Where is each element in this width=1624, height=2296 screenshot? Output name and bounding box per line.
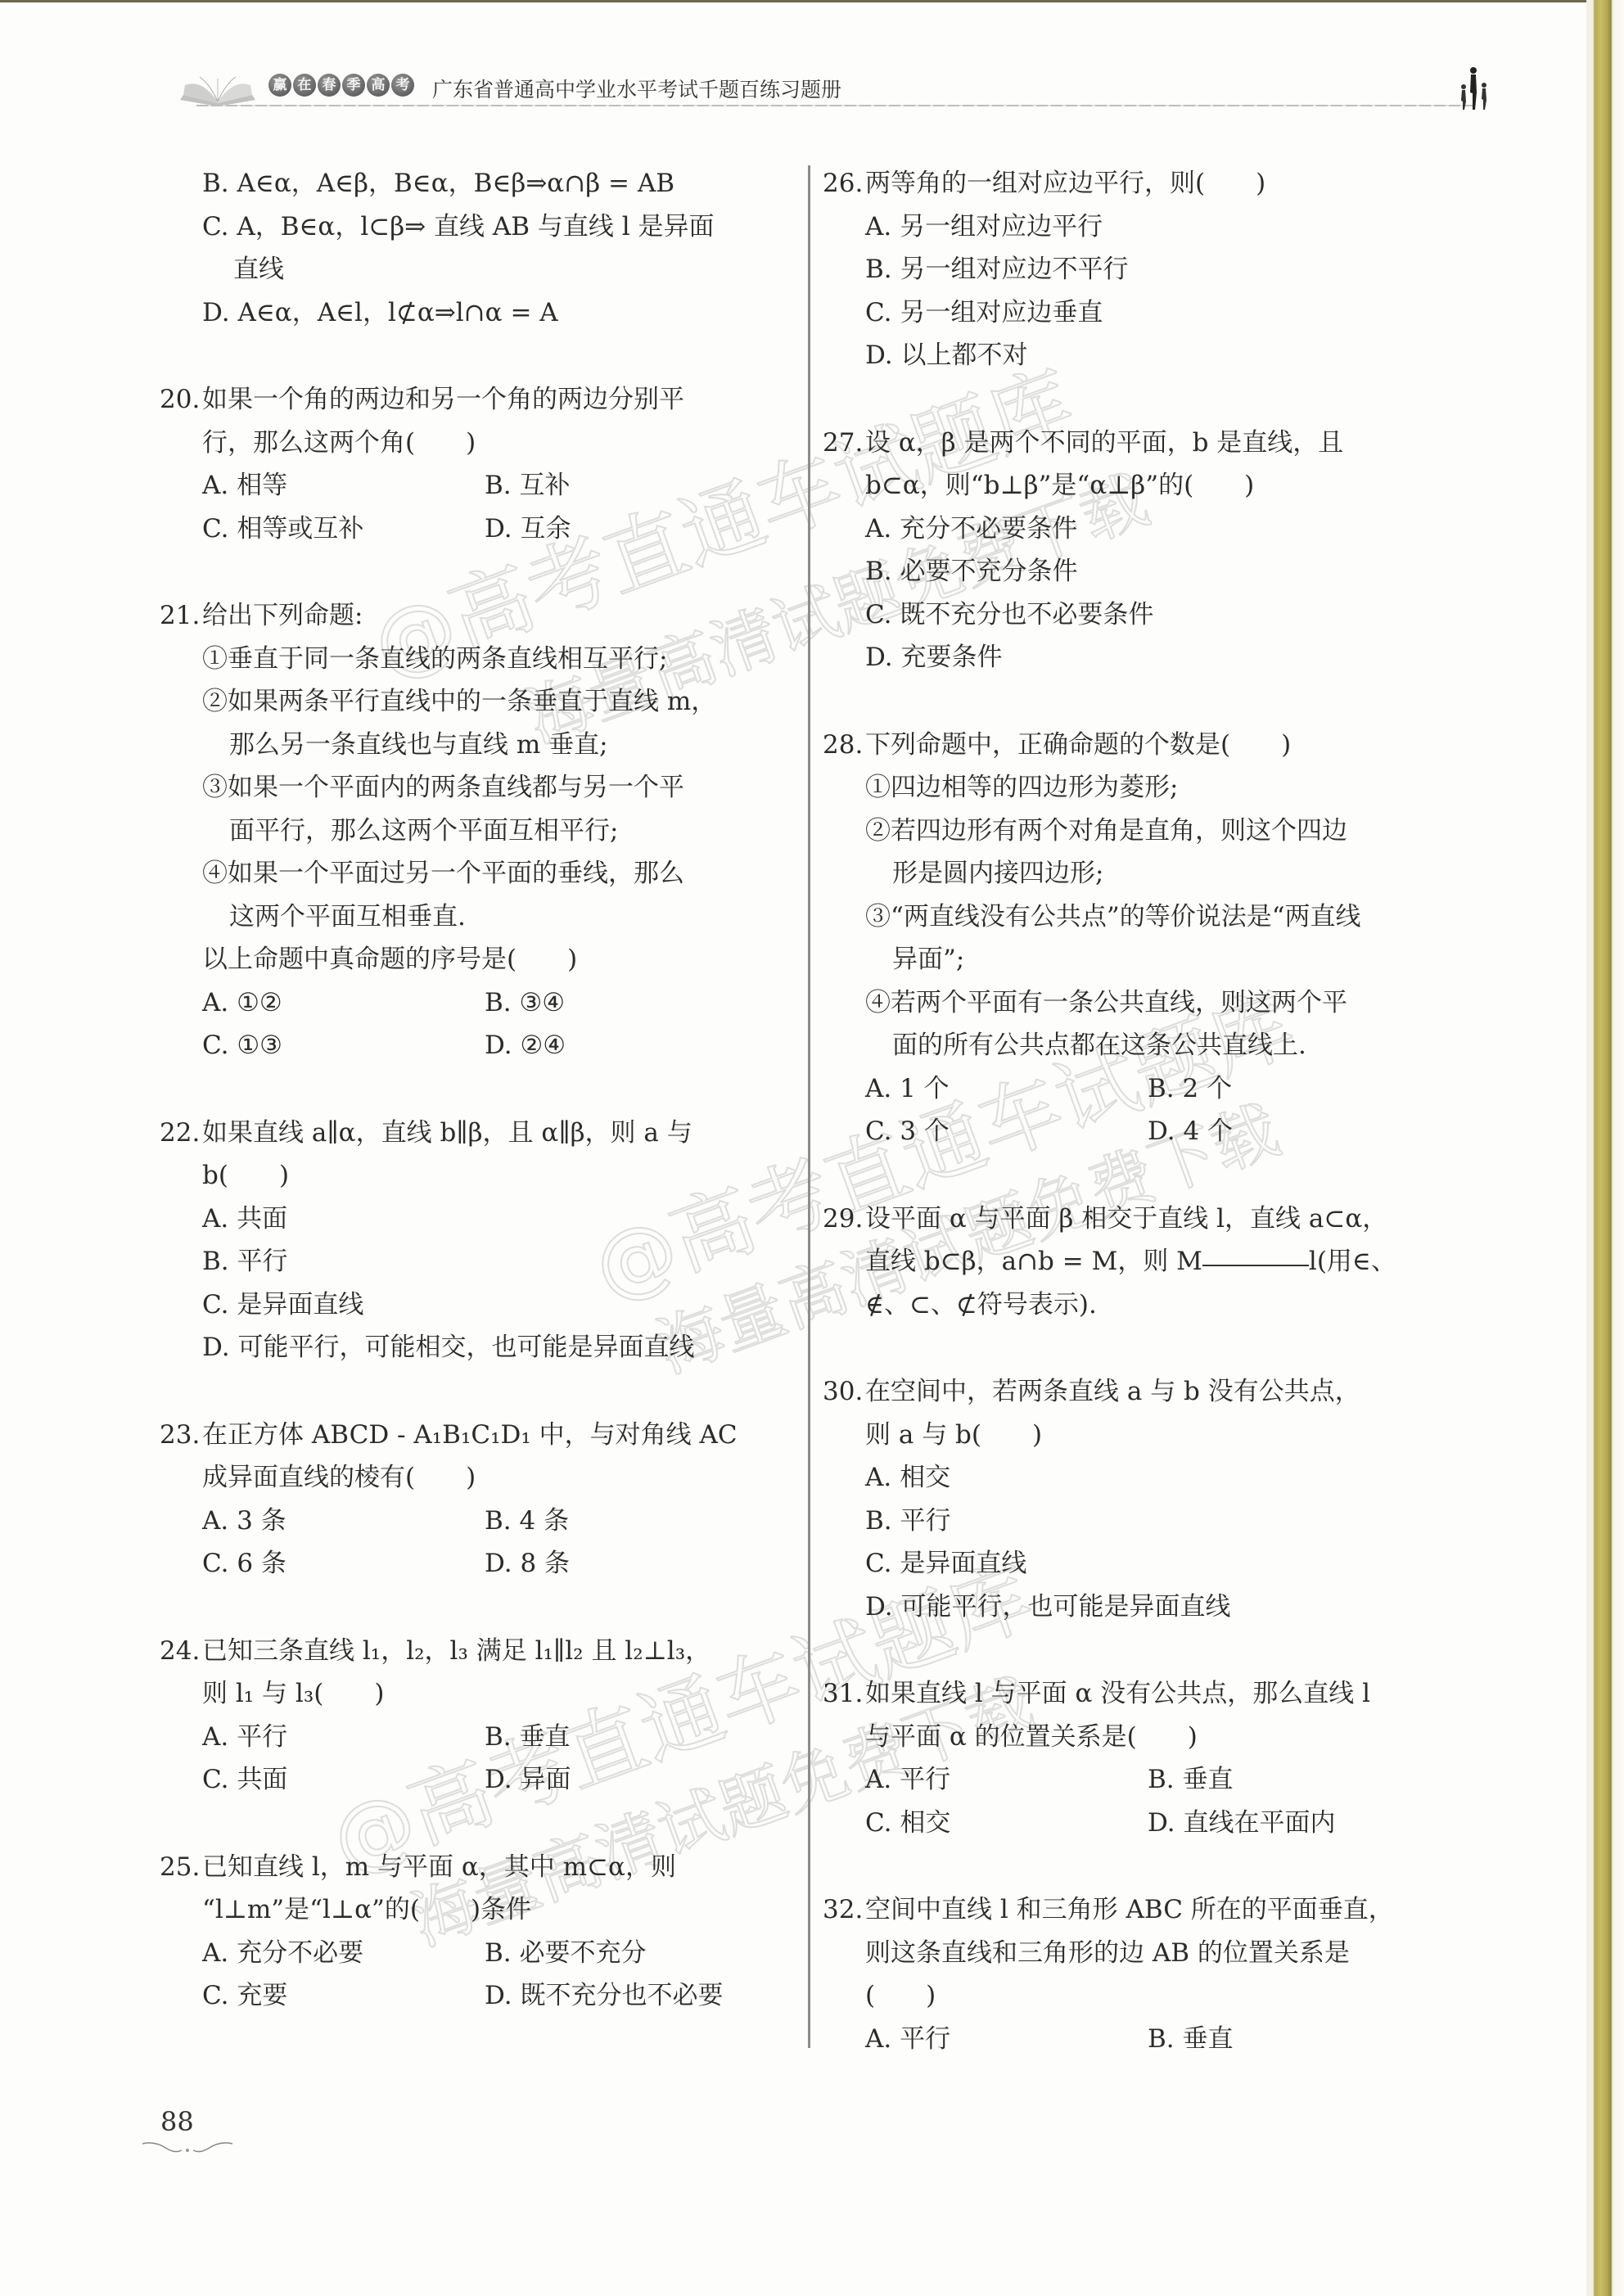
question-stem: 设 α，β 是两个不同的平面，b 是直线，且	[865, 422, 1343, 465]
question-stem: 则 a 与 b( )	[823, 1414, 1445, 1457]
question-25: 25.已知直线 l，m 与平面 α，其中 m⊂α，则 “l⊥m”是“l⊥α”的(…	[160, 1846, 782, 2018]
question-stem: ( )	[823, 1974, 1445, 2018]
column-divider	[808, 165, 810, 2048]
option-a: A. 1 个	[865, 1067, 1148, 1111]
logo-badge: 考	[391, 74, 414, 97]
option-b: B. 必要不充分条件	[823, 550, 1445, 593]
question-number: 28.	[823, 724, 865, 767]
left-column: B. A∈α，A∈β，B∈α，B∈β⇒α∩β = AB C. A，B∈α，l⊂β…	[160, 162, 782, 2018]
option-a: A. 充分不必要	[202, 1932, 485, 1975]
proposition: ②如果两条平行直线中的一条垂直于直线 m，	[160, 680, 782, 724]
proposition-continued: 那么另一条直线也与直线 m 垂直;	[160, 724, 782, 767]
option-d: D. 以上都不对	[823, 334, 1445, 377]
question-number: 21.	[160, 594, 202, 638]
question-number: 29.	[823, 1198, 865, 1241]
proposition: ③“两直线没有公共点”的等价说法是“两直线	[823, 895, 1445, 939]
question-stem: 则这条直线和三角形的边 AB 的位置关系是	[823, 1932, 1445, 1975]
question-stem-part: 直线 b⊂β，a∩b = M，则 M	[865, 1240, 1202, 1283]
logo-badge: 赢	[268, 74, 291, 97]
question-stem: 如果直线 a∥α，直线 b∥β，且 α∥β，则 a 与	[202, 1112, 692, 1155]
option-d: D. 可能平行，可能相交，也可能是异面直线	[160, 1326, 782, 1369]
option-c: C. 另一组对应边垂直	[823, 291, 1445, 335]
question-stem: 给出下列命题:	[202, 594, 363, 638]
question-stem: “l⊥m”是“l⊥α”的( )条件	[160, 1888, 782, 1932]
option-c: C. 共面	[202, 1758, 485, 1802]
page-header: 赢 在 春 季 高 考 广东省普通高中学业水平考试千题百练习题册	[172, 64, 1490, 121]
question-number: 27.	[823, 422, 865, 465]
option-a: A. 另一组对应边平行	[823, 205, 1445, 249]
question-28: 28.下列命题中，正确命题的个数是( ) ①四边相等的四边形为菱形; ②若四边形…	[823, 724, 1445, 1153]
proposition-continued: 这两个平面互相垂直.	[160, 895, 782, 939]
question-23: 23.在正方体 ABCD - A₁B₁C₁D₁ 中，与对角线 AC 成异面直线的…	[160, 1414, 782, 1586]
runners-icon	[1457, 64, 1490, 121]
right-column: 26.两等角的一组对应边平行，则( ) A. 另一组对应边平行 B. 另一组对应…	[823, 162, 1445, 2060]
proposition: ④若两个平面有一条公共直线，则这两个平	[823, 981, 1445, 1025]
option-c: C. 充要	[202, 1974, 485, 2018]
option: C. A，B∈α，l⊂β⇒ 直线 AB 与直线 l 是异面	[160, 205, 782, 249]
question-stem-part: l(用∈、	[1309, 1240, 1396, 1283]
book-title: 广东省普通高中学业水平考试千题百练习题册	[432, 74, 841, 103]
question-stem: 在正方体 ABCD - A₁B₁C₁D₁ 中，与对角线 AC	[202, 1414, 738, 1457]
question-32: 32.空间中直线 l 和三角形 ABC 所在的平面垂直， 则这条直线和三角形的边…	[823, 1888, 1445, 2060]
option-b: B. 2 个	[1148, 1067, 1430, 1111]
question-stem: ∉、⊂、⊄符号表示).	[823, 1283, 1445, 1327]
flourish-ornament-icon	[134, 2139, 241, 2157]
question-stem: b( )	[160, 1154, 782, 1198]
option-c: C. 是异面直线	[823, 1542, 1445, 1586]
option-d: D. 8 条	[485, 1542, 767, 1586]
question-26: 26.两等角的一组对应边平行，则( ) A. 另一组对应边平行 B. 另一组对应…	[823, 162, 1445, 377]
question-stem: 下列命题中，正确命题的个数是( )	[865, 724, 1291, 767]
option-b: B. 垂直	[1148, 1758, 1430, 1802]
proposition-continued: 面的所有公共点都在这条公共直线上.	[823, 1024, 1445, 1067]
question-number: 32.	[823, 1888, 865, 1932]
logo-badge: 春	[318, 74, 341, 97]
logo-badge: 在	[293, 74, 316, 97]
option-continued: 直线	[160, 248, 782, 291]
option: B. A∈α，A∈β，B∈α，B∈β⇒α∩β = AB	[160, 162, 782, 205]
book-spine-edge	[1586, 0, 1624, 2296]
question-29: 29.设平面 α 与平面 β 相交于直线 l，直线 a⊂α， 直线 b⊂β，a∩…	[823, 1198, 1445, 1327]
question-stem: 如果一个角的两边和另一个角的两边分别平	[202, 378, 684, 422]
question-stem: 两等角的一组对应边平行，则( )	[865, 162, 1265, 205]
proposition: ①垂直于同一条直线的两条直线相互平行;	[160, 638, 782, 681]
option-c: C. 相交	[865, 1802, 1148, 1845]
option-b: B. 垂直	[1148, 2018, 1430, 2061]
option-a: A. 相交	[823, 1456, 1445, 1500]
question-stem: 已知直线 l，m 与平面 α，其中 m⊂α，则	[202, 1846, 676, 1889]
question-stem: 与平面 α 的位置关系是( )	[823, 1716, 1445, 1759]
question-22: 22.如果直线 a∥α，直线 b∥β，且 α∥β，则 a 与 b( ) A. 共…	[160, 1112, 782, 1369]
option-d: D. 4 个	[1148, 1110, 1430, 1153]
question-stem: 行，那么这两个角( )	[160, 422, 782, 465]
option-c: C. ①③	[202, 1024, 485, 1067]
option-a: A. 平行	[865, 1758, 1148, 1802]
question-27: 27.设 α，β 是两个不同的平面，b 是直线，且 b⊂α，则“b⊥β”是“α⊥…	[823, 422, 1445, 679]
question-number: 20.	[160, 378, 202, 422]
question-19-tail: B. A∈α，A∈β，B∈α，B∈β⇒α∩β = AB C. A，B∈α，l⊂β…	[160, 162, 782, 334]
option-b: B. ③④	[485, 981, 767, 1025]
option-b: B. 4 条	[485, 1500, 767, 1543]
option-a: A. ①②	[202, 981, 485, 1025]
question-stem: 则 l₁ 与 l₃( )	[160, 1672, 782, 1716]
option: D. A∈α，A∈l，l⊄α⇒l∩α = A	[160, 291, 782, 335]
option-a: A. 3 条	[202, 1500, 485, 1543]
option-a: A. 平行	[865, 2018, 1148, 2061]
question-number: 26.	[823, 162, 865, 205]
proposition: ②若四边形有两个对角是直角，则这个四边	[823, 810, 1445, 853]
option-b: B. 互补	[485, 464, 767, 507]
question-stem: 空间中直线 l 和三角形 ABC 所在的平面垂直，	[865, 1888, 1394, 1932]
option-b: B. 平行	[823, 1500, 1445, 1543]
question-number: 30.	[823, 1370, 865, 1414]
page-footer: 88	[160, 2106, 194, 2137]
question-31: 31.如果直线 l 与平面 α 没有公共点，那么直线 l 与平面 α 的位置关系…	[823, 1672, 1445, 1844]
question-number: 25.	[160, 1846, 202, 1889]
option-c: C. 既不充分也不必要条件	[823, 593, 1445, 637]
option-a: A. 共面	[160, 1198, 782, 1241]
header-rule	[196, 105, 1473, 106]
option-c: C. 相等或互补	[202, 507, 485, 551]
open-book-icon	[177, 70, 259, 108]
question-stem: 直线 b⊂β，a∩b = M，则 M l(用∈、	[823, 1240, 1445, 1283]
option-a: A. 充分不必要条件	[823, 507, 1445, 551]
question-number: 31.	[823, 1672, 865, 1716]
proposition-continued: 形是圆内接四边形;	[823, 852, 1445, 895]
option-c: C. 是异面直线	[160, 1283, 782, 1327]
proposition-continued: 异面”;	[823, 938, 1445, 981]
option-d: D. 互余	[485, 507, 767, 551]
page-top-edge	[0, 0, 1596, 2]
option-d: D. 既不充分也不必要	[485, 1974, 767, 2018]
question-stem: 已知三条直线 l₁，l₂，l₃ 满足 l₁∥l₂ 且 l₂⊥l₃，	[202, 1630, 710, 1673]
question-stem: 设平面 α 与平面 β 相交于直线 l，直线 a⊂α，	[865, 1198, 1387, 1241]
option-d: D. ②④	[485, 1024, 767, 1067]
option-b: B. 必要不充分	[485, 1932, 767, 1975]
option-d: D. 充要条件	[823, 636, 1445, 679]
option-b: B. 另一组对应边不平行	[823, 248, 1445, 291]
option-a: A. 相等	[202, 464, 485, 507]
question-number: 24.	[160, 1630, 202, 1673]
question-30: 30.在空间中，若两条直线 a 与 b 没有公共点， 则 a 与 b( ) A.…	[823, 1370, 1445, 1628]
proposition: ①四边相等的四边形为菱形;	[823, 766, 1445, 810]
question-24: 24.已知三条直线 l₁，l₂，l₃ 满足 l₁∥l₂ 且 l₂⊥l₃， 则 l…	[160, 1630, 782, 1802]
proposition: ④如果一个平面过另一个平面的垂线，那么	[160, 852, 782, 895]
proposition: ③如果一个平面内的两条直线都与另一个平	[160, 766, 782, 810]
option-c: C. 6 条	[202, 1542, 485, 1586]
question-20: 20.如果一个角的两边和另一个角的两边分别平 行，那么这两个角( ) A. 相等…	[160, 378, 782, 550]
option-d: D. 可能平行，也可能是异面直线	[823, 1586, 1445, 1629]
proposition-continued: 面平行，那么这两个平面互相平行;	[160, 810, 782, 853]
question-21: 21.给出下列命题: ①垂直于同一条直线的两条直线相互平行; ②如果两条平行直线…	[160, 594, 782, 1067]
option-d: D. 直线在平面内	[1148, 1802, 1430, 1845]
option-c: C. 3 个	[865, 1110, 1148, 1153]
question-stem: 如果直线 l 与平面 α 没有公共点，那么直线 l	[865, 1672, 1370, 1716]
page-number: 88	[160, 2106, 194, 2137]
question-number: 23.	[160, 1414, 202, 1457]
option-b: B. 垂直	[485, 1716, 767, 1759]
option-d: D. 异面	[485, 1758, 767, 1802]
logo-badges: 赢 在 春 季 高 考	[268, 74, 414, 97]
logo-badge: 季	[342, 74, 365, 97]
question-number: 22.	[160, 1112, 202, 1155]
option-b: B. 平行	[160, 1240, 782, 1283]
question-stem: b⊂α，则“b⊥β”是“α⊥β”的( )	[823, 464, 1445, 507]
fill-in-blank[interactable]	[1202, 1240, 1309, 1266]
question-prompt: 以上命题中真命题的序号是( )	[160, 938, 782, 981]
question-stem: 成异面直线的棱有( )	[160, 1456, 782, 1500]
logo-badge: 高	[367, 74, 390, 97]
question-stem: 在空间中，若两条直线 a 与 b 没有公共点，	[865, 1370, 1360, 1414]
option-a: A. 平行	[202, 1716, 485, 1759]
